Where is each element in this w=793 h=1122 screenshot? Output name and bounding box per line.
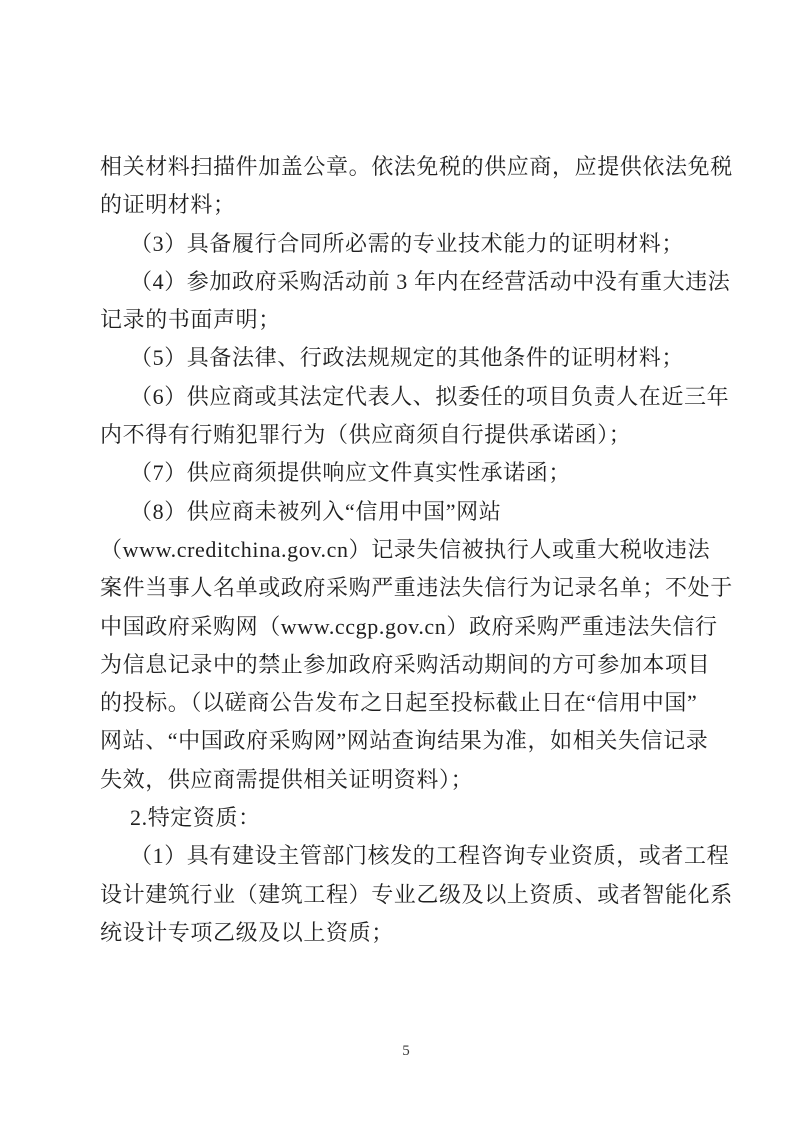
text-line: （3）具备履行合同所必需的专业技术能力的证明材料； [100, 225, 712, 263]
text-line: 的证明材料； [100, 186, 712, 224]
text-line: 网站、“中国政府采购网”网站查询结果为准，如相关失信记录 [100, 722, 712, 760]
text-line: 的投标。（以磋商公告发布之日起至投标截止日在“信用中国” [100, 684, 712, 722]
document-page: 相关材料扫描件加盖公章。依法免税的供应商，应提供依法免税的证明材料；（3）具备履… [0, 0, 793, 1122]
text-line: 内不得有行贿犯罪行为（供应商须自行提供承诺函）； [100, 416, 712, 454]
text-line: 失效，供应商需提供相关证明资料）； [100, 761, 712, 799]
text-line: （4）参加政府采购活动前 3 年内在经营活动中没有重大违法 [100, 263, 712, 301]
document-body: 相关材料扫描件加盖公章。依法免税的供应商，应提供依法免税的证明材料；（3）具备履… [100, 148, 712, 952]
text-line: 相关材料扫描件加盖公章。依法免税的供应商，应提供依法免税 [100, 148, 712, 186]
text-line: （www.creditchina.gov.cn）记录失信被执行人或重大税收违法 [100, 531, 712, 569]
page-footer: 5 [100, 1042, 712, 1060]
text-line: （7）供应商须提供响应文件真实性承诺函； [100, 454, 712, 492]
text-line: 中国政府采购网（www.ccgp.gov.cn）政府采购严重违法失信行 [100, 608, 712, 646]
text-line: （5）具备法律、行政法规规定的其他条件的证明材料； [100, 339, 712, 377]
text-line: 设计建筑行业（建筑工程）专业乙级及以上资质、或者智能化系 [100, 876, 712, 914]
text-line: （8）供应商未被列入“信用中国”网站 [100, 493, 712, 531]
text-line: 记录的书面声明； [100, 301, 712, 339]
page-number: 5 [402, 1043, 410, 1059]
text-line: 为信息记录中的禁止参加政府采购活动期间的方可参加本项目 [100, 646, 712, 684]
text-line: （6）供应商或其法定代表人、拟委任的项目负责人在近三年 [100, 378, 712, 416]
text-line: 统设计专项乙级及以上资质； [100, 914, 712, 952]
text-line: 案件当事人名单或政府采购严重违法失信行为记录名单；不处于 [100, 569, 712, 607]
text-line: （1）具有建设主管部门核发的工程咨询专业资质，或者工程 [100, 837, 712, 875]
text-line: 2.特定资质： [100, 799, 712, 837]
